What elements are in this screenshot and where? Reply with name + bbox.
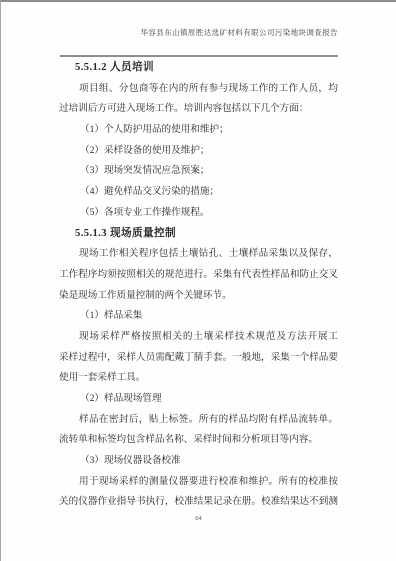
subsection-title: （2）样品现场管理 xyxy=(59,389,338,410)
list-item: （1）个人防护用品的使用和维护； xyxy=(59,120,338,141)
paragraph-line: 用于现场采样的测量仪器要进行校准和维护。所有的校准按照相 xyxy=(59,472,338,493)
paragraph-line: 过培训后方可进入现场工作。培训内容包括以下几个方面： xyxy=(59,99,338,120)
section-heading-5513: 5.5.1.3 现场质量控制 xyxy=(59,224,338,245)
list-item: （4）避免样品交叉污染的措施； xyxy=(59,182,338,203)
page-footer: 64 xyxy=(59,515,338,522)
paragraph-line: 流转单和标签均包含样品名称、采样时间和分析项目等内容。 xyxy=(59,430,338,451)
running-header-title: 华容县东山镇原胜达选矿材料有限公司污染地块调查报告 xyxy=(141,28,339,37)
paragraph-line: 项目组、分包商等在内的所有参与现场工作的工作人员，均须经 xyxy=(59,79,338,100)
paragraph-line: 染是现场工作质量控制的两个关键环节。 xyxy=(59,286,338,307)
paragraph-line: 使用一套采样工具。 xyxy=(59,368,338,389)
paragraph-line: 工作程序均须按照相关的规范进行。采集有代表性样品和防止交叉污 xyxy=(59,265,338,286)
section-heading-5512: 5.5.1.2 人员培训 xyxy=(59,58,338,79)
document-page: 华容县东山镇原胜达选矿材料有限公司污染地块调查报告 5.5.1.2 人员培训 项… xyxy=(0,0,396,561)
paragraph-line: 现场采样严格按照相关的土壤采样技术规范及方法开展工作。在 xyxy=(59,327,338,348)
list-item: （5）各项专业工作操作规程。 xyxy=(59,203,338,224)
header-rule xyxy=(60,55,338,57)
paragraph-line: 样品在密封后，贴上标签。所有的样品均附有样品流转单。样品 xyxy=(59,410,338,431)
subsection-title: （3）现场仪器设备校准 xyxy=(59,451,338,472)
paragraph-line: 关的仪器作业指导书执行，校准结果记录在册。校准结果达不到测量 xyxy=(59,492,338,513)
page-number: 64 xyxy=(195,515,202,522)
running-header: 华容县东山镇原胜达选矿材料有限公司污染地块调查报告 xyxy=(59,27,338,38)
document-body: 5.5.1.2 人员培训 项目组、分包商等在内的所有参与现场工作的工作人员，均须… xyxy=(59,58,338,513)
list-item: （3）现场突发情况应急预案； xyxy=(59,161,338,182)
list-item: （2）采样设备的使用及维护； xyxy=(59,141,338,162)
paragraph-line: 采样过程中，采样人员需配戴丁腈手套。一般地，采集一个样品要求 xyxy=(59,348,338,369)
paragraph-line: 现场工作相关程序包括土壤钻孔、土壤样品采集以及保存，这些 xyxy=(59,244,338,265)
subsection-title: （1）样品采集 xyxy=(59,306,338,327)
